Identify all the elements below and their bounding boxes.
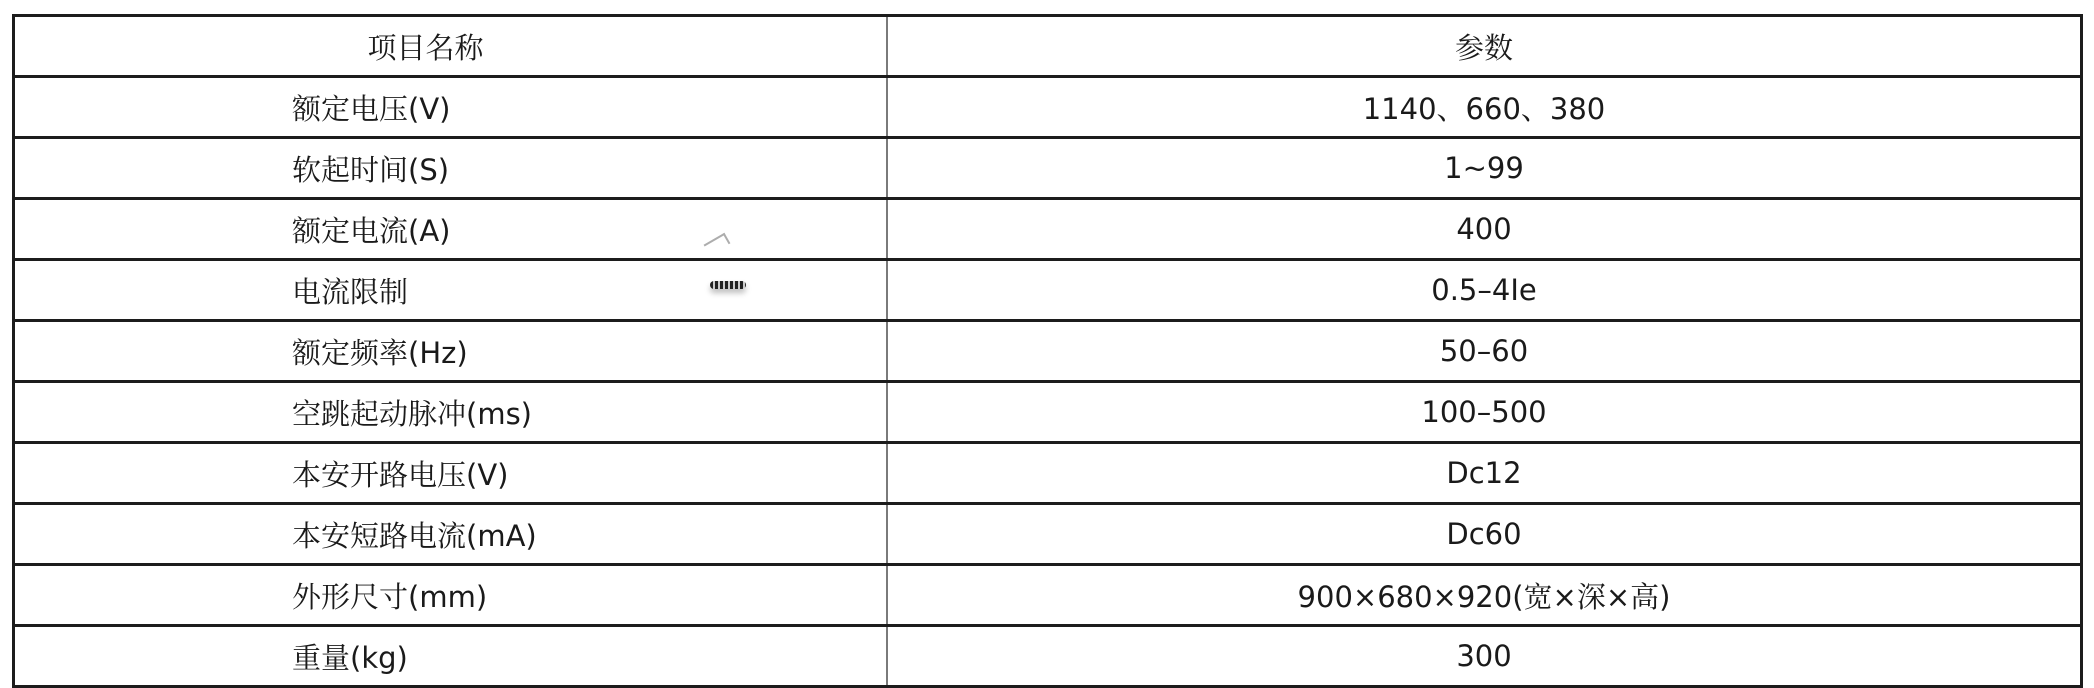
table-row: 额定电流(A) 400 <box>14 199 2082 260</box>
row-value: Dc60 <box>887 504 2082 565</box>
spec-table: 项目名称 参数 额定电压(V) 1140、660、380 软起时间(S) 1~9… <box>12 14 2083 688</box>
table-row: 额定电压(V) 1140、660、380 <box>14 77 2082 138</box>
row-value: 300 <box>887 626 2082 687</box>
row-value: 1~99 <box>887 138 2082 199</box>
table-row: 空跳起动脉冲(ms) 100–500 <box>14 382 2082 443</box>
table-row: 软起时间(S) 1~99 <box>14 138 2082 199</box>
table-row: 本安短路电流(mA) Dc60 <box>14 504 2082 565</box>
row-label: 重量(kg) <box>14 626 888 687</box>
row-label: 额定电压(V) <box>14 77 888 138</box>
row-value: 100–500 <box>887 382 2082 443</box>
table-row: 电流限制 0.5–4Ie <box>14 260 2082 321</box>
row-value: 900×680×920(宽×深×高) <box>887 565 2082 626</box>
table-row: 本安开路电压(V) Dc12 <box>14 443 2082 504</box>
table-row: 额定频率(Hz) 50–60 <box>14 321 2082 382</box>
row-value: 0.5–4Ie <box>887 260 2082 321</box>
row-value: 1140、660、380 <box>887 77 2082 138</box>
row-label: 额定电流(A) <box>14 199 888 260</box>
table-row: 外形尺寸(mm) 900×680×920(宽×深×高) <box>14 565 2082 626</box>
header-item-name: 项目名称 <box>14 16 888 77</box>
row-label: 空跳起动脉冲(ms) <box>14 382 888 443</box>
header-parameter: 参数 <box>887 16 2082 77</box>
row-label: 额定频率(Hz) <box>14 321 888 382</box>
row-value: 400 <box>887 199 2082 260</box>
table-row: 重量(kg) 300 <box>14 626 2082 687</box>
row-label: 外形尺寸(mm) <box>14 565 888 626</box>
row-value: 50–60 <box>887 321 2082 382</box>
table-header-row: 项目名称 参数 <box>14 16 2082 77</box>
row-label: 软起时间(S) <box>14 138 888 199</box>
row-label: 本安短路电流(mA) <box>14 504 888 565</box>
row-label: 本安开路电压(V) <box>14 443 888 504</box>
row-value: Dc12 <box>887 443 2082 504</box>
row-label: 电流限制 <box>14 260 888 321</box>
